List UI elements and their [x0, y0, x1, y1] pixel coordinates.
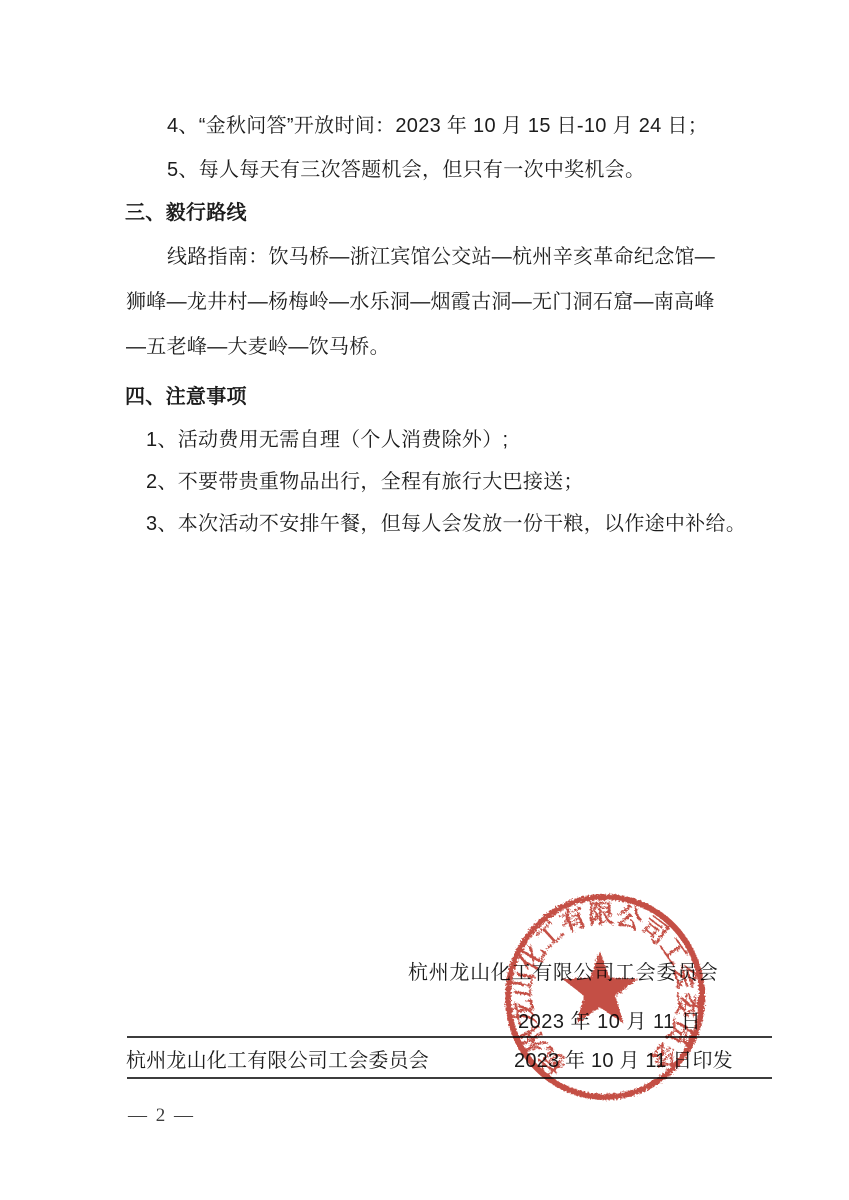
section-heading-notes: 四、注意事项	[125, 385, 247, 409]
body-line: —五老峰—大麦岭—饮马桥。	[126, 335, 390, 359]
body-line: 5、每人每天有三次答题机会，但只有一次中奖机会。	[167, 158, 645, 182]
signature-date: 2023 年 10 月 11 日	[518, 1005, 701, 1034]
page-number: — 2 —	[128, 1105, 195, 1127]
signature-org: 杭州龙山化工有限公司工会委员会	[408, 956, 719, 985]
body-line: 狮峰—龙井村—杨梅岭—水乐洞—烟霞古洞—无门洞石窟—南高峰	[126, 290, 715, 314]
body-line: 3、本次活动不安排午餐，但每人会发放一份干粮，以作途中补给。	[146, 512, 746, 536]
official-seal-stamp: 杭州龙山化工有限公司工会委员会	[495, 887, 715, 1107]
body-line: 2、不要带贵重物品出行，全程有旅行大巴接送；	[146, 470, 584, 494]
footer-issuer: 杭州龙山化工有限公司工会委员会	[126, 1044, 429, 1073]
body-line: 4、“金秋问答”开放时间：2023 年 10 月 15 日-10 月 24 日；	[167, 114, 708, 138]
document-page: 4、“金秋问答”开放时间：2023 年 10 月 15 日-10 月 24 日；…	[0, 0, 849, 1200]
body-line: 线路指南：饮马桥—浙江宾馆公交站—杭州辛亥革命纪念馆—	[167, 245, 715, 269]
footer-issue-date: 2023 年 10 月 11 日印发	[514, 1044, 733, 1073]
footer-rule-bottom	[127, 1077, 772, 1079]
footer-rule-top	[127, 1036, 772, 1038]
body-line: 1、活动费用无需自理（个人消费除外）;	[146, 428, 508, 452]
section-heading-route: 三、毅行路线	[125, 201, 247, 225]
